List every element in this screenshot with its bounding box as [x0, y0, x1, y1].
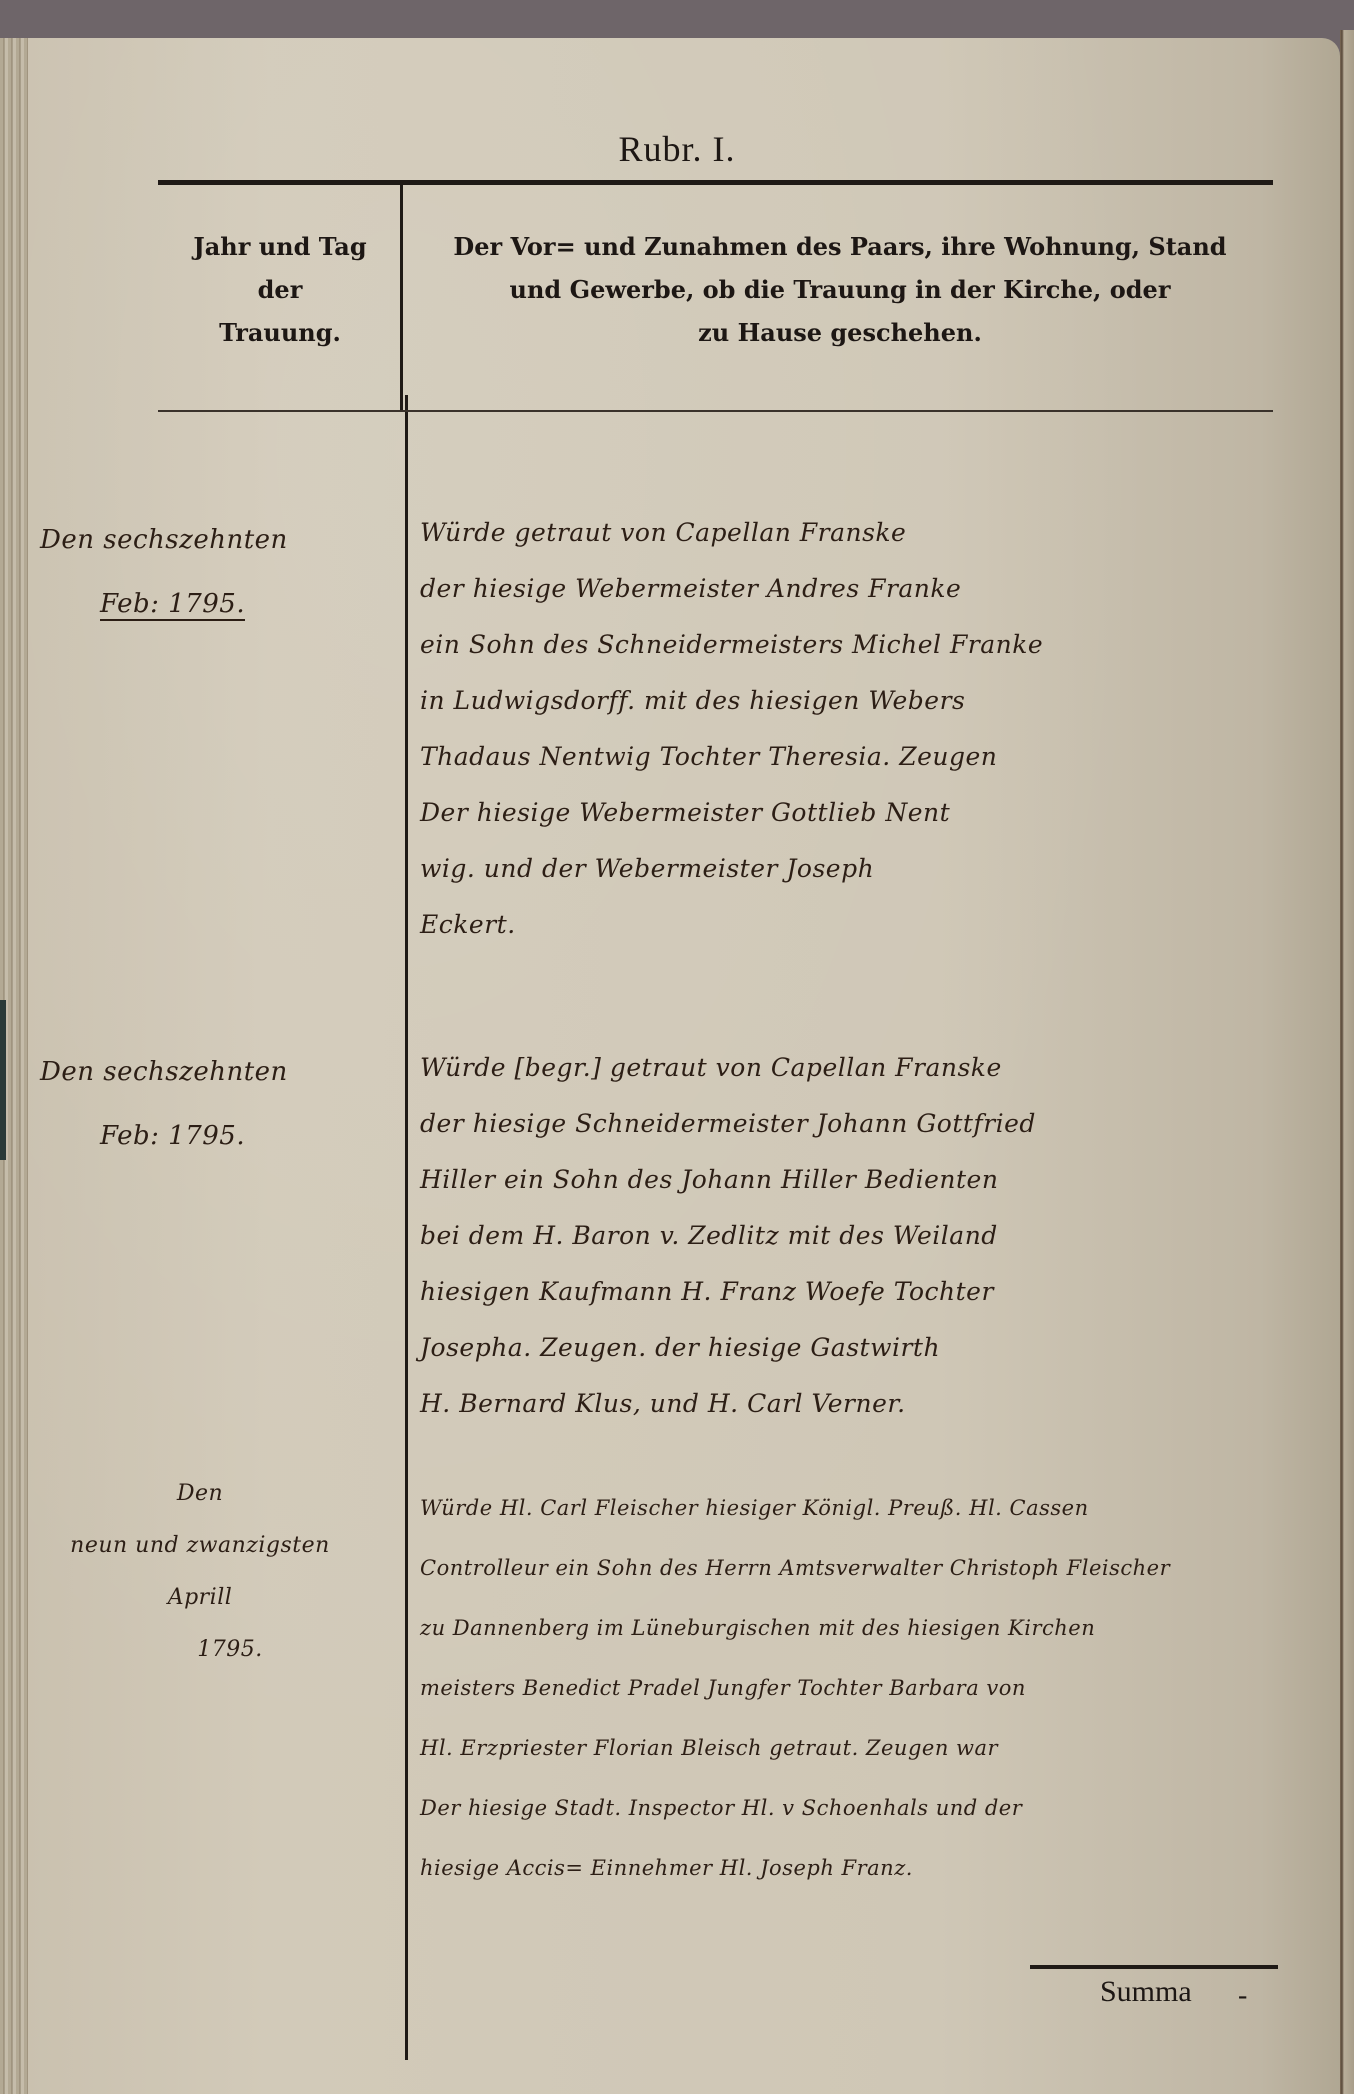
entry-line: Controlleur ein Sohn des Herrn Amtsverwa…: [420, 1538, 1280, 1598]
entry-line: Der hiesige Webermeister Gottlieb Nent: [420, 785, 1280, 841]
date-line: Den sechszehnten: [40, 1040, 390, 1104]
header-line: Trauung.: [160, 311, 400, 354]
entry-line: bei dem H. Baron v. Zedlitz mit des Weil…: [420, 1208, 1280, 1264]
entry-line: Würde Hl. Carl Fleischer hiesiger Königl…: [420, 1478, 1280, 1538]
entry-line: der hiesige Schneidermeister Johann Gott…: [420, 1096, 1280, 1152]
entry-line: Thadaus Nentwig Tochter Theresia. Zeugen: [420, 729, 1280, 785]
header-rule: [158, 180, 1273, 185]
entry-line: meisters Benedict Pradel Jungfer Tochter…: [420, 1658, 1280, 1718]
header-line: Jahr und Tag: [160, 225, 400, 268]
binding-tab: [0, 1000, 6, 1160]
entry-line: ein Sohn des Schneidermeisters Michel Fr…: [420, 617, 1280, 673]
column-divider-main: [405, 395, 408, 2060]
entry-text: Würde [begr.] getraut von Capellan Frans…: [420, 1040, 1280, 1432]
entry-line: in Ludwigsdorff. mit des hiesigen Webers: [420, 673, 1280, 729]
entry-line: Josepha. Zeugen. der hiesige Gastwirth: [420, 1320, 1280, 1376]
date-line: Den: [40, 1468, 360, 1520]
entry-line: hiesige Accis= Einnehmer Hl. Joseph Fran…: [420, 1838, 1280, 1898]
entry-line: Würde getraut von Capellan Franske: [420, 505, 1280, 561]
header-line: und Gewerbe, ob die Trauung in der Kirch…: [410, 268, 1270, 311]
date-line: 1795.: [40, 1624, 360, 1676]
entry-date: Den sechszehnten Feb: 1795.: [40, 1040, 390, 1168]
entry-line: Der hiesige Stadt. Inspector Hl. v Schoe…: [420, 1778, 1280, 1838]
date-line: Feb: 1795.: [40, 1104, 390, 1168]
entry-line: Würde [begr.] getraut von Capellan Frans…: [420, 1040, 1280, 1096]
summa-value: -: [1238, 1980, 1247, 2012]
summa-label: Summa: [1100, 1975, 1192, 2009]
column-header-date: Jahr und Tag der Trauung.: [160, 225, 400, 354]
rubric-heading: Rubr. I.: [0, 128, 1354, 170]
entry-line: Hiller ein Sohn des Johann Hiller Bedien…: [420, 1152, 1280, 1208]
date-line: Aprill: [40, 1572, 360, 1624]
summa-rule: [1030, 1965, 1278, 1969]
header-bottom-rule: [158, 410, 1273, 412]
column-divider: [400, 185, 403, 410]
entry-line: wig. und der Webermeister Joseph: [420, 841, 1280, 897]
date-line: Den sechszehnten: [40, 508, 390, 572]
column-header-couple: Der Vor= und Zunahmen des Paars, ihre Wo…: [410, 225, 1270, 354]
header-line: zu Hause geschehen.: [410, 311, 1270, 354]
entry-text: Würde getraut von Capellan Franske der h…: [420, 505, 1280, 953]
page-gutter-right: [1340, 30, 1354, 2094]
entry-line: H. Bernard Klus, und H. Carl Verner.: [420, 1376, 1280, 1432]
entry-line: hiesigen Kaufmann H. Franz Woefe Tochter: [420, 1264, 1280, 1320]
entry-date: Den neun und zwanzigsten Aprill 1795.: [40, 1468, 360, 1676]
entry-date: Den sechszehnten Feb: 1795.: [40, 508, 390, 636]
header-line: Der Vor= und Zunahmen des Paars, ihre Wo…: [410, 225, 1270, 268]
entry-line: zu Dannenberg im Lüneburgischen mit des …: [420, 1598, 1280, 1658]
entry-line: Hl. Erzpriester Florian Bleisch getraut.…: [420, 1718, 1280, 1778]
date-line: Feb: 1795.: [100, 589, 245, 621]
entry-line: Eckert.: [420, 897, 1280, 953]
entry-text: Würde Hl. Carl Fleischer hiesiger Königl…: [420, 1478, 1280, 1898]
entry-line: der hiesige Webermeister Andres Franke: [420, 561, 1280, 617]
date-line: neun und zwanzigsten: [40, 1520, 360, 1572]
header-line: der: [160, 268, 400, 311]
